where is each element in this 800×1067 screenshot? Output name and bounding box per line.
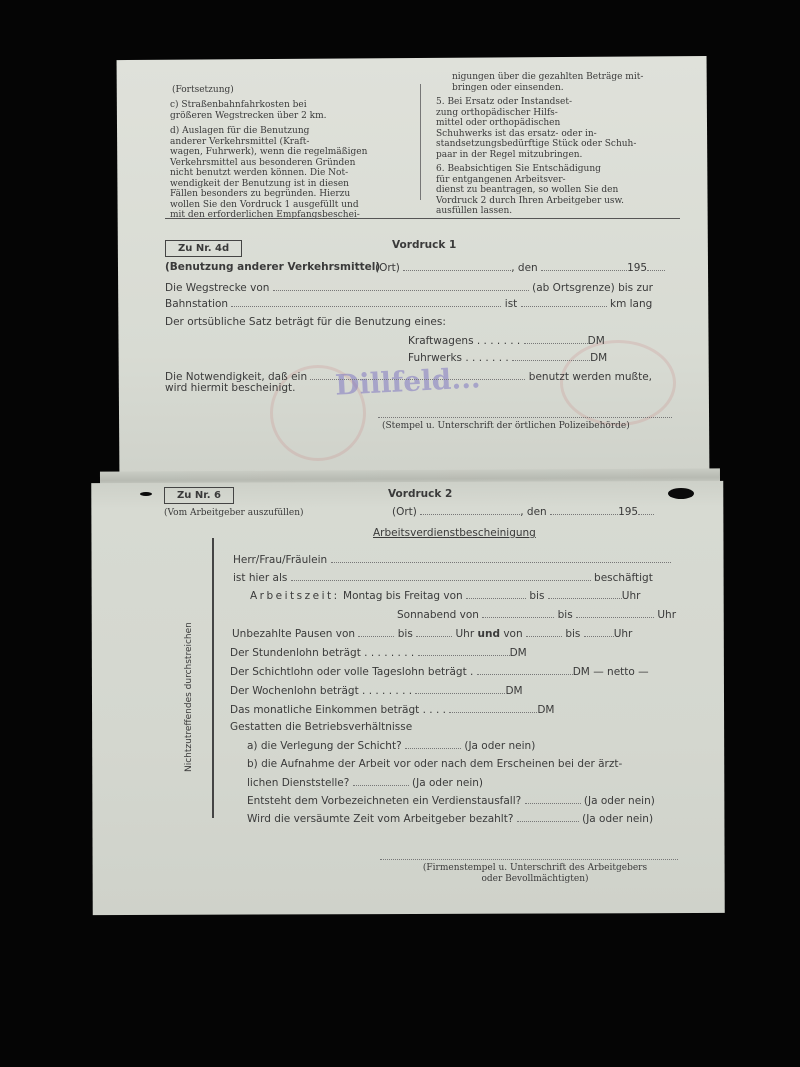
police-signature-field[interactable]	[378, 408, 672, 418]
currency-dm: DM	[590, 352, 607, 364]
instructions-right-column: nigungen über die gezahlten Beträge mit-…	[436, 72, 676, 217]
punch-mark-left	[140, 492, 152, 496]
wochenlohn-label: Der Wochenlohn beträgt . . . . . . . .	[230, 685, 412, 697]
den-label: , den	[511, 262, 537, 274]
item-d-line-6: wendigkeit der Benutzung ist in diesen	[170, 179, 402, 190]
sa-from-field[interactable]	[482, 608, 554, 618]
stundenlohn-label: Der Stundenlohn beträgt . . . . . . . .	[230, 647, 414, 659]
ort-label: (Ort)	[375, 262, 400, 274]
ja-nein-label: (Ja oder nein)	[584, 795, 655, 807]
satz-label: Der ortsübliche Satz beträgt für die Ben…	[165, 316, 446, 328]
item-d-line-3: wagen, Fuhrwerk), wenn die regelmäßigen	[170, 147, 402, 158]
fuhrwerks-amount-field[interactable]	[512, 351, 590, 361]
pausen-label: Unbezahlte Pausen von	[232, 628, 355, 640]
item-6-line-4: Vordruck 2 durch Ihren Arbeitgeber usw.	[436, 196, 676, 207]
pause1-from-field[interactable]	[358, 627, 394, 637]
vordruck2-title: Vordruck 2	[388, 488, 452, 500]
question-b-line-2: lichen Dienststelle?	[247, 777, 349, 789]
item-6-line-1: 6. Beabsichtigen Sie Entschädigung	[436, 164, 676, 175]
item-d-line-4: Verkehrsmittel aus besonderen Gründen	[170, 158, 402, 169]
benutzt-label: benutzt werden mußte,	[529, 371, 652, 383]
position-field[interactable]	[291, 571, 591, 581]
ist-hier-als-label: ist hier als	[233, 572, 287, 584]
section-divider	[165, 218, 680, 219]
monatlich-label: Das monatliche Einkommen beträgt . . . .	[230, 704, 446, 716]
ort-field[interactable]	[403, 261, 511, 271]
ja-nein-label: (Ja oder nein)	[464, 740, 535, 752]
uhr-label: Uhr	[456, 628, 475, 640]
item-5-line-6: paar in der Regel mitzubringen.	[436, 150, 676, 161]
verkehrsmittel-field[interactable]	[310, 370, 525, 380]
answer-c-field[interactable]	[525, 794, 581, 804]
employer-signature-field[interactable]	[380, 850, 678, 860]
item-5-line-5: standsetzungsbedürftige Stück oder Schuh…	[436, 139, 676, 150]
instructions-left-column: c) Straßenbahnfahrkosten bei größeren We…	[170, 98, 402, 221]
currency-dm: DM	[505, 685, 522, 697]
bracket-line	[212, 538, 214, 818]
punch-hole-right	[668, 488, 694, 499]
ja-nein-label: (Ja oder nein)	[582, 813, 653, 825]
form-heading: Arbeitsverdienstbescheinigung	[373, 527, 536, 539]
schichtlohn-field[interactable]	[477, 665, 573, 675]
year-field[interactable]	[638, 505, 654, 515]
item-c-line-1: c) Straßenbahnfahrkosten bei	[170, 100, 402, 111]
uhr-label: Uhr	[657, 609, 676, 621]
vordruck1-subtitle: (Benutzung anderer Verkehrsmittel)	[165, 261, 380, 273]
year-prefix: 195	[627, 262, 647, 274]
bis-label: bis	[398, 628, 413, 640]
wegstrecke-label: Die Wegstrecke von	[165, 282, 269, 294]
name-label: Herr/Frau/Fräulein	[233, 554, 327, 566]
currency-dm: DM	[537, 704, 554, 716]
netto-label: — netto —	[593, 666, 648, 678]
schichtlohn-label: Der Schichtlohn oder volle Tageslohn bet…	[230, 666, 473, 678]
stundenlohn-field[interactable]	[418, 646, 510, 656]
ist-label: ist	[505, 298, 518, 310]
von-label: von	[503, 628, 522, 640]
bahnstation-field[interactable]	[231, 297, 501, 307]
item-5-line-4: Schuhwerks ist das ersatz- oder in-	[436, 129, 676, 140]
bahnstation-label: Bahnstation	[165, 298, 228, 310]
employer-caption-line-2: oder Bevollmächtigten)	[385, 874, 685, 885]
question-a: a) die Verlegung der Schicht?	[247, 740, 402, 752]
continuation-label: (Fortsetzung)	[172, 85, 234, 96]
item-d-line-2: anderer Verkehrsmittel (Kraft-	[170, 137, 402, 148]
item-d-line-1: d) Auslagen für die Benutzung	[170, 126, 402, 137]
currency-dm: DM	[573, 666, 590, 678]
item-5-line-1: 5. Bei Ersatz oder Instandset-	[436, 97, 676, 108]
name-field[interactable]	[331, 553, 671, 563]
item-5-line-3: mittel oder orthopädischen	[436, 118, 676, 129]
bis-label: bis	[529, 590, 544, 602]
uhr-label: Uhr	[614, 628, 633, 640]
ja-nein-label: (Ja oder nein)	[412, 777, 483, 789]
wochenlohn-field[interactable]	[415, 684, 505, 694]
question-b-line-1: b) die Aufnahme der Arbeit vor oder nach…	[247, 758, 622, 770]
bis-label: bis	[565, 628, 580, 640]
employer-caption-line-1: (Firmenstempel u. Unterschrift des Arbei…	[385, 863, 685, 874]
pause2-to-field[interactable]	[584, 627, 614, 637]
gestatten-label: Gestatten die Betriebsverhältnisse	[230, 721, 412, 733]
employer-note: (Vom Arbeitgeber auszufüllen)	[164, 508, 304, 518]
continuation-line-1: nigungen über die gezahlten Beträge mit-	[436, 72, 676, 83]
pause2-from-field[interactable]	[526, 627, 562, 637]
mo-fr-to-field[interactable]	[548, 589, 622, 599]
sonnabend-label: Sonnabend von	[397, 609, 479, 621]
side-note: Nichtzutreffendes durchstreichen	[184, 622, 194, 772]
bis-label: bis	[558, 609, 573, 621]
answer-b-field[interactable]	[353, 776, 409, 786]
pause1-to-field[interactable]	[416, 627, 452, 637]
mo-fr-label: Montag bis Freitag von	[343, 590, 463, 602]
ort-label: (Ort)	[392, 506, 417, 518]
item-6-line-2: für entgangenen Arbeitsver-	[436, 175, 676, 186]
wegstrecke-field[interactable]	[273, 281, 529, 291]
item-d-line-8: wollen Sie den Vordruck 1 ausgefüllt und	[170, 200, 402, 211]
item-6-line-3: dienst zu beantragen, so wollen Sie den	[436, 185, 676, 196]
monatlich-field[interactable]	[449, 703, 537, 713]
ortsgrenze-label: (ab Ortsgrenze) bis zur	[532, 282, 653, 294]
question-d: Wird die versäumte Zeit vom Arbeitgeber …	[247, 813, 513, 825]
beschaeftigt-label: beschäftigt	[594, 572, 653, 584]
date-field[interactable]	[550, 505, 618, 515]
employer-signature-caption: (Firmenstempel u. Unterschrift des Arbei…	[385, 863, 685, 885]
sa-to-field[interactable]	[576, 608, 654, 618]
bescheinigt-label: wird hiermit bescheinigt.	[165, 382, 296, 394]
currency-dm: DM	[510, 647, 527, 659]
kraftwagens-label: Kraftwagens . . . . . . .	[408, 335, 520, 347]
column-divider	[420, 84, 421, 200]
und-label: und	[478, 628, 500, 640]
police-signature-caption: (Stempel u. Unterschrift der örtlichen P…	[382, 421, 630, 431]
den-label: , den	[520, 506, 546, 518]
date-field[interactable]	[541, 261, 627, 271]
answer-d-field[interactable]	[517, 812, 579, 822]
fuhrwerks-label: Fuhrwerks . . . . . . .	[408, 352, 509, 364]
mo-fr-from-field[interactable]	[466, 589, 526, 599]
item-d-line-5: nicht benutzt werden können. Die Not-	[170, 168, 402, 179]
currency-dm: DM	[588, 335, 605, 347]
item-d-line-7: Fällen besonders zu begründen. Hierzu	[170, 189, 402, 200]
kraftwagens-amount-field[interactable]	[524, 334, 588, 344]
ref-box-6: Zu Nr. 6	[164, 487, 234, 504]
ref-box-4d: Zu Nr. 4d	[165, 240, 242, 257]
year-prefix: 195	[618, 506, 638, 518]
year-field[interactable]	[647, 261, 665, 271]
question-c: Entsteht dem Vorbezeichneten ein Verdien…	[247, 795, 521, 807]
item-6-line-5: ausfüllen lassen.	[436, 206, 676, 217]
item-5-line-2: zung orthopädischer Hilfs-	[436, 108, 676, 119]
km-field[interactable]	[521, 297, 607, 307]
arbeitszeit-label: Arbeitszeit:	[250, 590, 340, 602]
item-c-line-2: größeren Wegstrecken über 2 km.	[170, 111, 402, 122]
km-label: km lang	[610, 298, 652, 310]
uhr-label: Uhr	[622, 590, 641, 602]
continuation-line-2: bringen oder einsenden.	[436, 83, 676, 94]
vordruck1-title: Vordruck 1	[392, 239, 456, 251]
answer-a-field[interactable]	[405, 739, 461, 749]
ort-field[interactable]	[420, 505, 520, 515]
